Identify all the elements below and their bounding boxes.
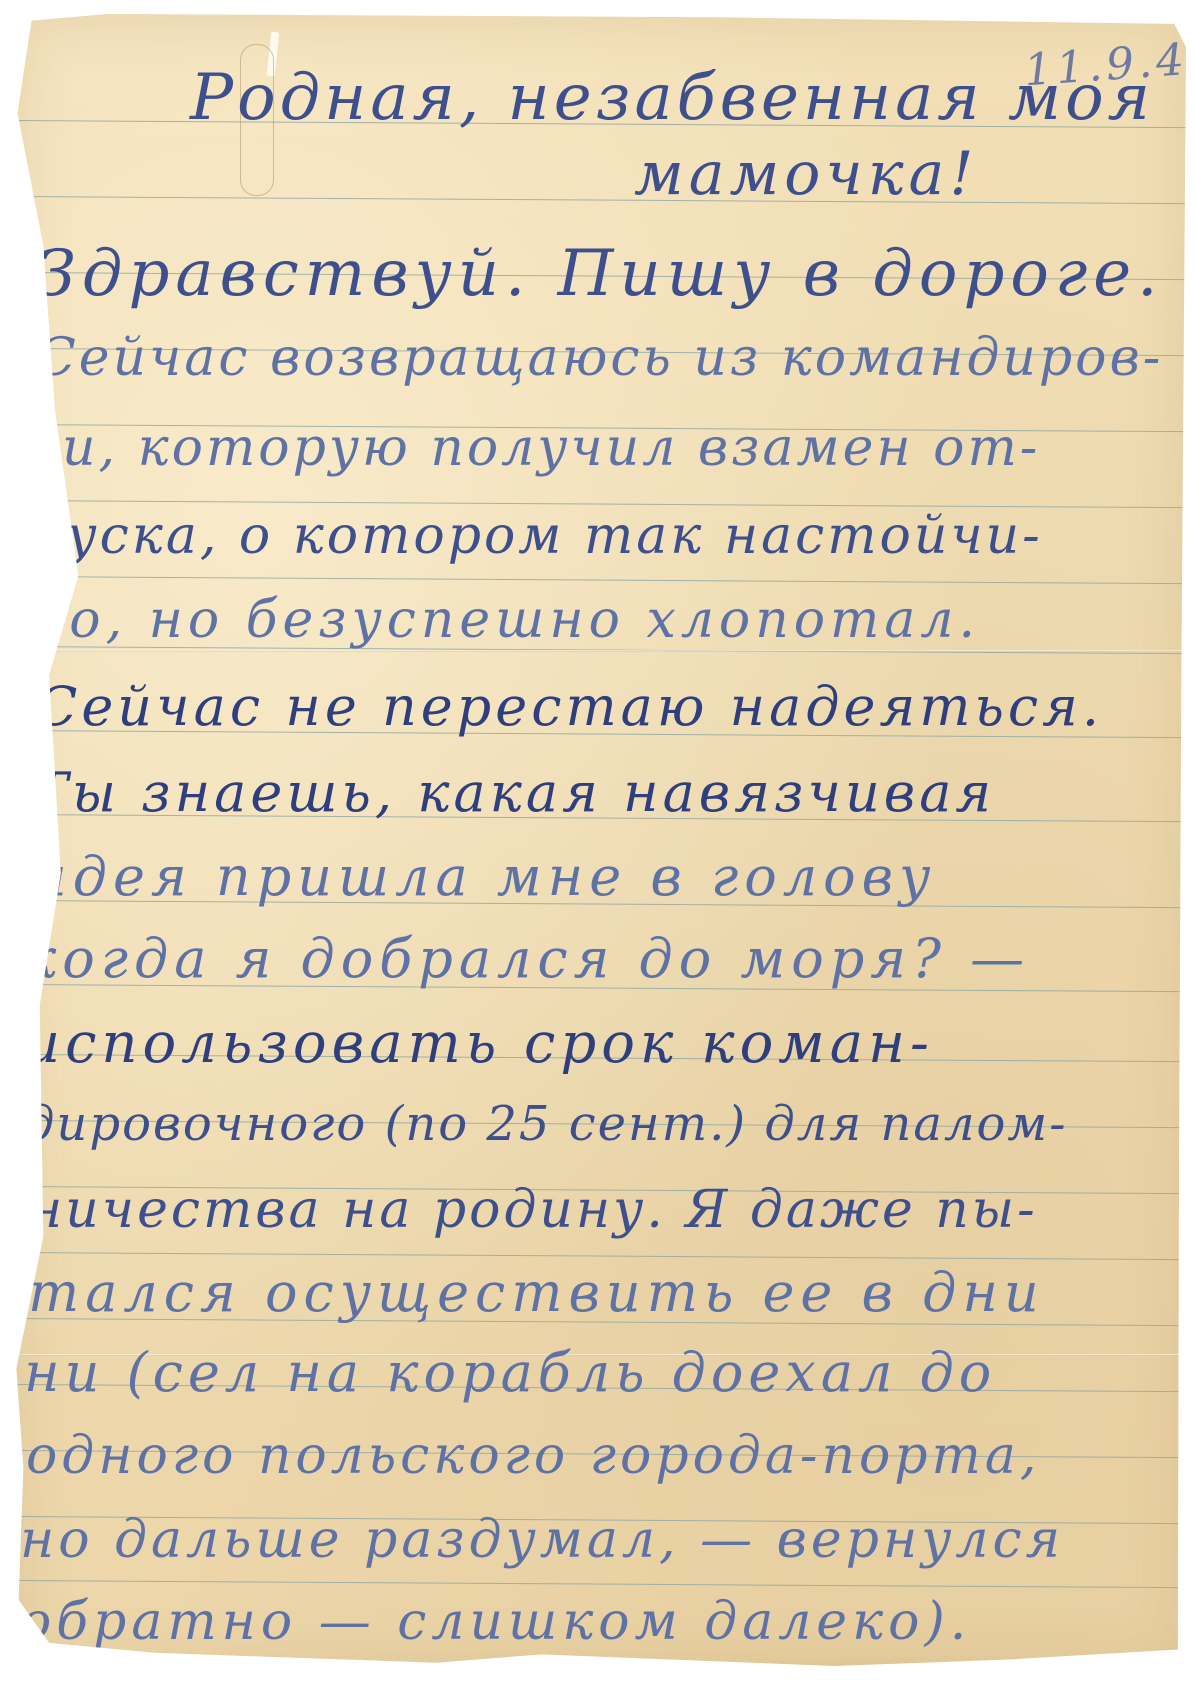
body-line: использовать срок коман- — [24, 1016, 934, 1072]
body-line: Сейчас не перестаю надеяться. — [36, 680, 1103, 734]
ruled-line — [14, 1252, 1186, 1260]
body-line: дировочного (по 25 сент.) для палом- — [24, 1100, 1067, 1148]
body-line: тался осуществить ее в дни — [28, 1266, 1045, 1320]
body-line: пуска, о котором так настойчи- — [30, 510, 1043, 562]
body-line: идея пришла мне в голову — [32, 850, 936, 904]
ruled-line — [14, 1580, 1186, 1588]
body-line: во, но безуспешно хлопотал. — [34, 594, 980, 646]
fold-crease — [14, 650, 1186, 652]
body-line: обратно — слишком далеко). — [20, 1596, 971, 1648]
ruled-line — [14, 576, 1186, 584]
body-line: ничества на родину. Я даже пы- — [28, 1184, 1038, 1236]
salutation-line: Родная, незабвенная моя — [190, 66, 1154, 130]
salutation-line: мамочка! — [634, 144, 978, 204]
body-line: когда я добрался до моря? — — [24, 932, 1030, 986]
body-line: но дальше раздумал, — вернулся — [20, 1514, 1064, 1566]
body-line: Здравствуй. Пишу в дороге. — [36, 242, 1164, 306]
ruled-line — [14, 196, 1186, 204]
body-line: Сейчас возвращаюсь из командиров- — [36, 332, 1163, 384]
letter-paper: 11.9.46. Родная, незабвенная моя мамочка… — [14, 14, 1186, 1666]
body-line: ни (сел на корабль доехал до — [24, 1346, 996, 1400]
body-line: Ты знаешь, какая навязчивая — [32, 766, 995, 820]
body-line: ки, которую получил взамен от- — [28, 422, 1040, 474]
body-line: одного польского города-порта, — [26, 1430, 1040, 1482]
